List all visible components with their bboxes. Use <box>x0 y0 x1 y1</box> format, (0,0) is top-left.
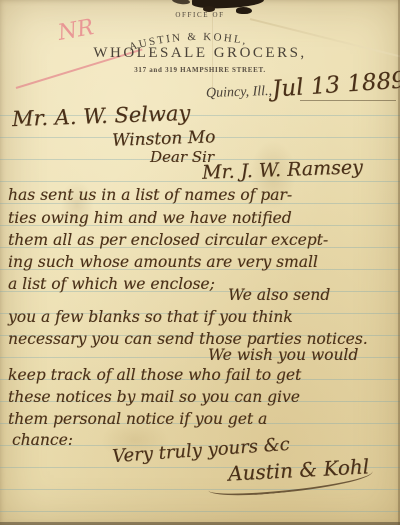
letter-paper: NR OFFICE OF AUSTIN & KOHL, WHOLESALE GR… <box>0 0 400 525</box>
body-line: them all as per enclosed circular except… <box>8 231 328 249</box>
body-line: a list of which we enclose; <box>8 275 215 293</box>
body-line: you a few blanks so that if you think <box>8 308 293 326</box>
body-line: ties owing him and we have notified <box>8 209 292 227</box>
ink-blot-shape <box>172 0 191 5</box>
body-line: We wish you would <box>208 346 358 364</box>
body-line: chance: <box>12 431 73 449</box>
letterhead-office-of: OFFICE OF <box>0 11 400 19</box>
body-line: them personal notice if you get a <box>8 410 267 428</box>
body-line: has sent us in a list of names of par- <box>8 186 292 204</box>
red-pencil-text: NR <box>56 15 96 46</box>
body-line: ing such whose amounts are very small <box>8 253 318 271</box>
body-line: keep track of all those who fail to get <box>8 366 301 384</box>
dateline-place: Quincy, Ill., <box>206 84 273 102</box>
dateline-rule <box>300 100 396 101</box>
body-line: these notices by mail so you can give <box>8 388 300 406</box>
letterhead-business-name: WHOLESALE GROCERS, <box>0 45 400 62</box>
body-line: We also send <box>228 286 330 304</box>
